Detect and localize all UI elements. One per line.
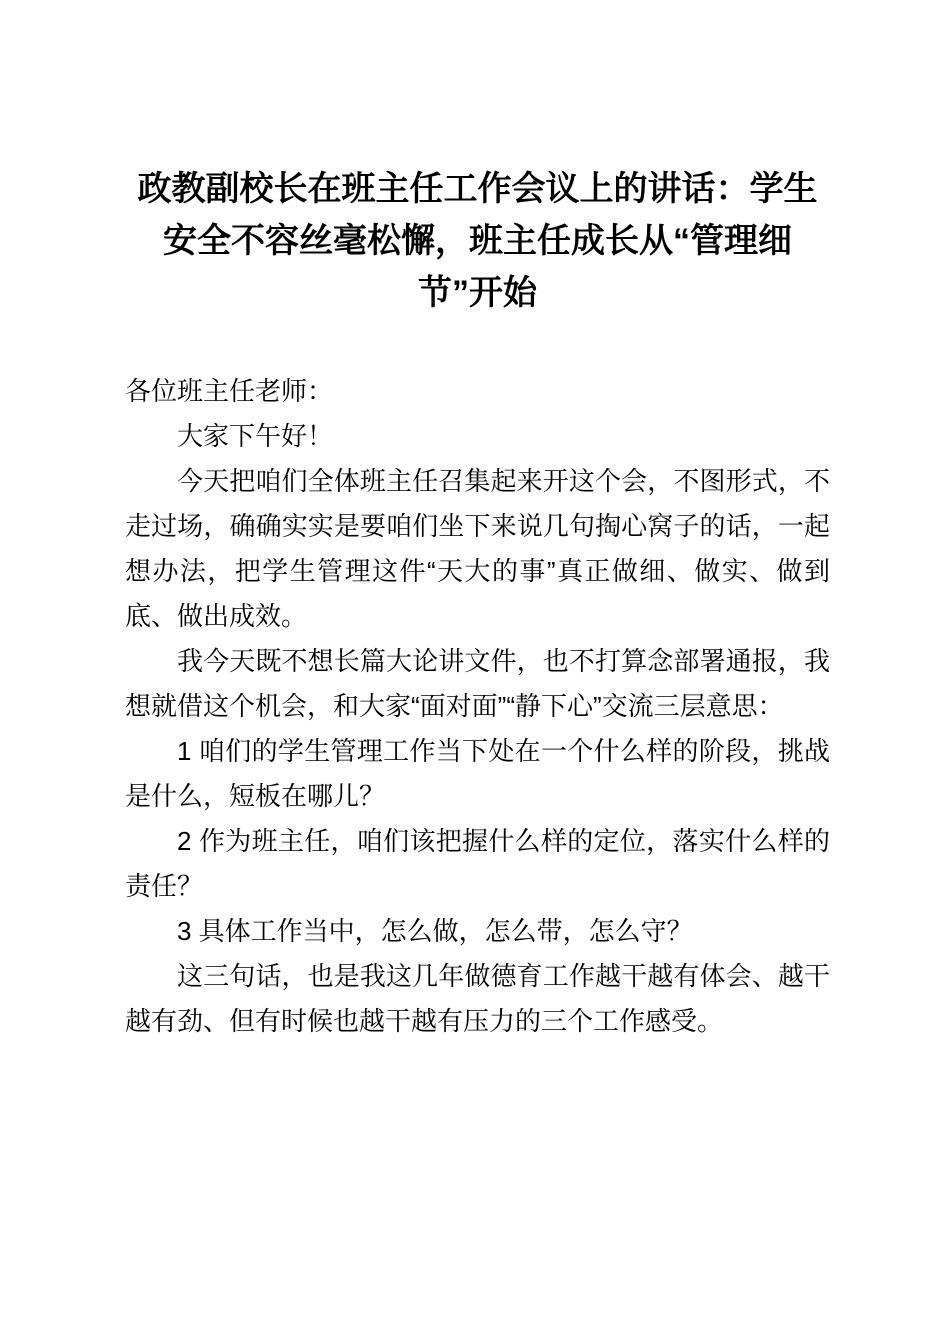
paragraph: 今天把咱们全体班主任召集起来开这个会，不图形式，不走过场，确确实实是要咱们坐下来…	[125, 459, 830, 639]
paragraph: 各位班主任老师：	[125, 369, 830, 414]
document-page: 政教副校长在班主任工作会议上的讲话：学生安全不容丝毫松懈，班主任成长从“管理细节…	[0, 0, 950, 1344]
paragraph: 1 咱们的学生管理工作当下处在一个什么样的阶段，挑战是什么，短板在哪儿？	[125, 729, 830, 819]
document-title: 政教副校长在班主任工作会议上的讲话：学生安全不容丝毫松懈，班主任成长从“管理细节…	[125, 163, 830, 319]
paragraph: 这三句话，也是我这几年做德育工作越干越有体会、越干越有劲、但有时候也越干越有压力…	[125, 954, 830, 1044]
paragraph: 大家下午好！	[125, 414, 830, 459]
paragraph: 3 具体工作当中，怎么做，怎么带，怎么守？	[125, 909, 830, 954]
paragraph: 2 作为班主任，咱们该把握什么样的定位，落实什么样的责任？	[125, 819, 830, 909]
document-body: 各位班主任老师：大家下午好！今天把咱们全体班主任召集起来开这个会，不图形式，不走…	[125, 369, 830, 1044]
paragraph: 我今天既不想长篇大论讲文件，也不打算念部署通报，我想就借这个机会，和大家“面对面…	[125, 639, 830, 729]
